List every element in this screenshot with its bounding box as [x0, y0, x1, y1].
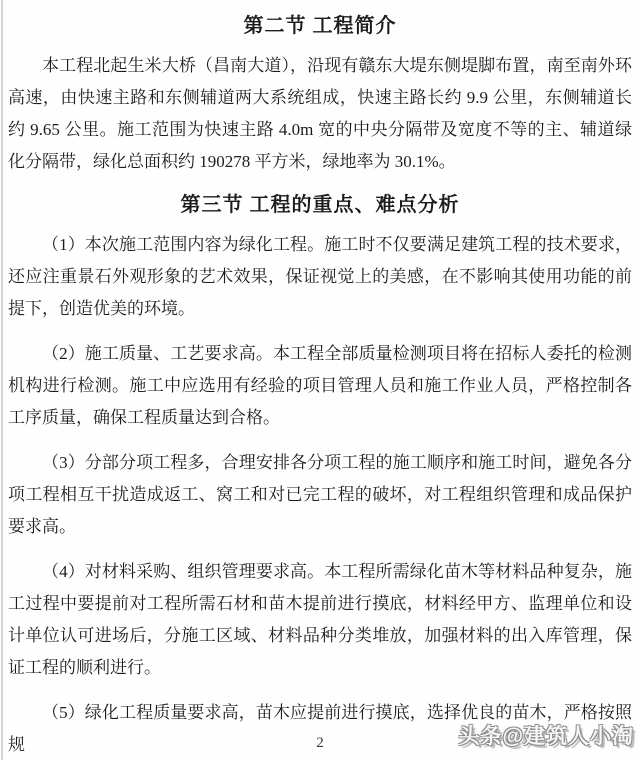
section2-title: 第二节 工程简介	[8, 12, 632, 40]
section3-title: 第三节 工程的重点、难点分析	[8, 191, 632, 219]
watermark-text: 头条@建筑人小淘	[459, 720, 634, 750]
section2-paragraph: 本工程北起生米大桥（昌南大道），沿现有赣东大堤东侧堤脚布置，南至南外环高速，由快…	[8, 50, 632, 178]
section3-paragraph-2: （2）施工质量、工艺要求高。本工程全部质量检测项目将在招标人委托的检测机构进行检…	[8, 338, 632, 434]
section3-paragraph-1: （1）本次施工范围内容为绿化工程。施工时不仅要满足建筑工程的技术要求，还应注重景…	[8, 229, 632, 325]
document-page: 第二节 工程简介 本工程北起生米大桥（昌南大道），沿现有赣东大堤东侧堤脚布置，南…	[0, 0, 640, 760]
page-footer: 2 头条@建筑人小淘	[0, 712, 640, 760]
scan-edge-line	[1, 0, 3, 760]
section3-paragraph-3: （3）分部分项工程多，合理安排各分项工程的施工顺序和施工时间，避免各分项工程相互…	[8, 447, 632, 543]
section3-paragraph-4: （4）对材料采购、组织管理要求高。本工程所需绿化苗木等材料品种复杂，施工过程中要…	[8, 556, 632, 684]
